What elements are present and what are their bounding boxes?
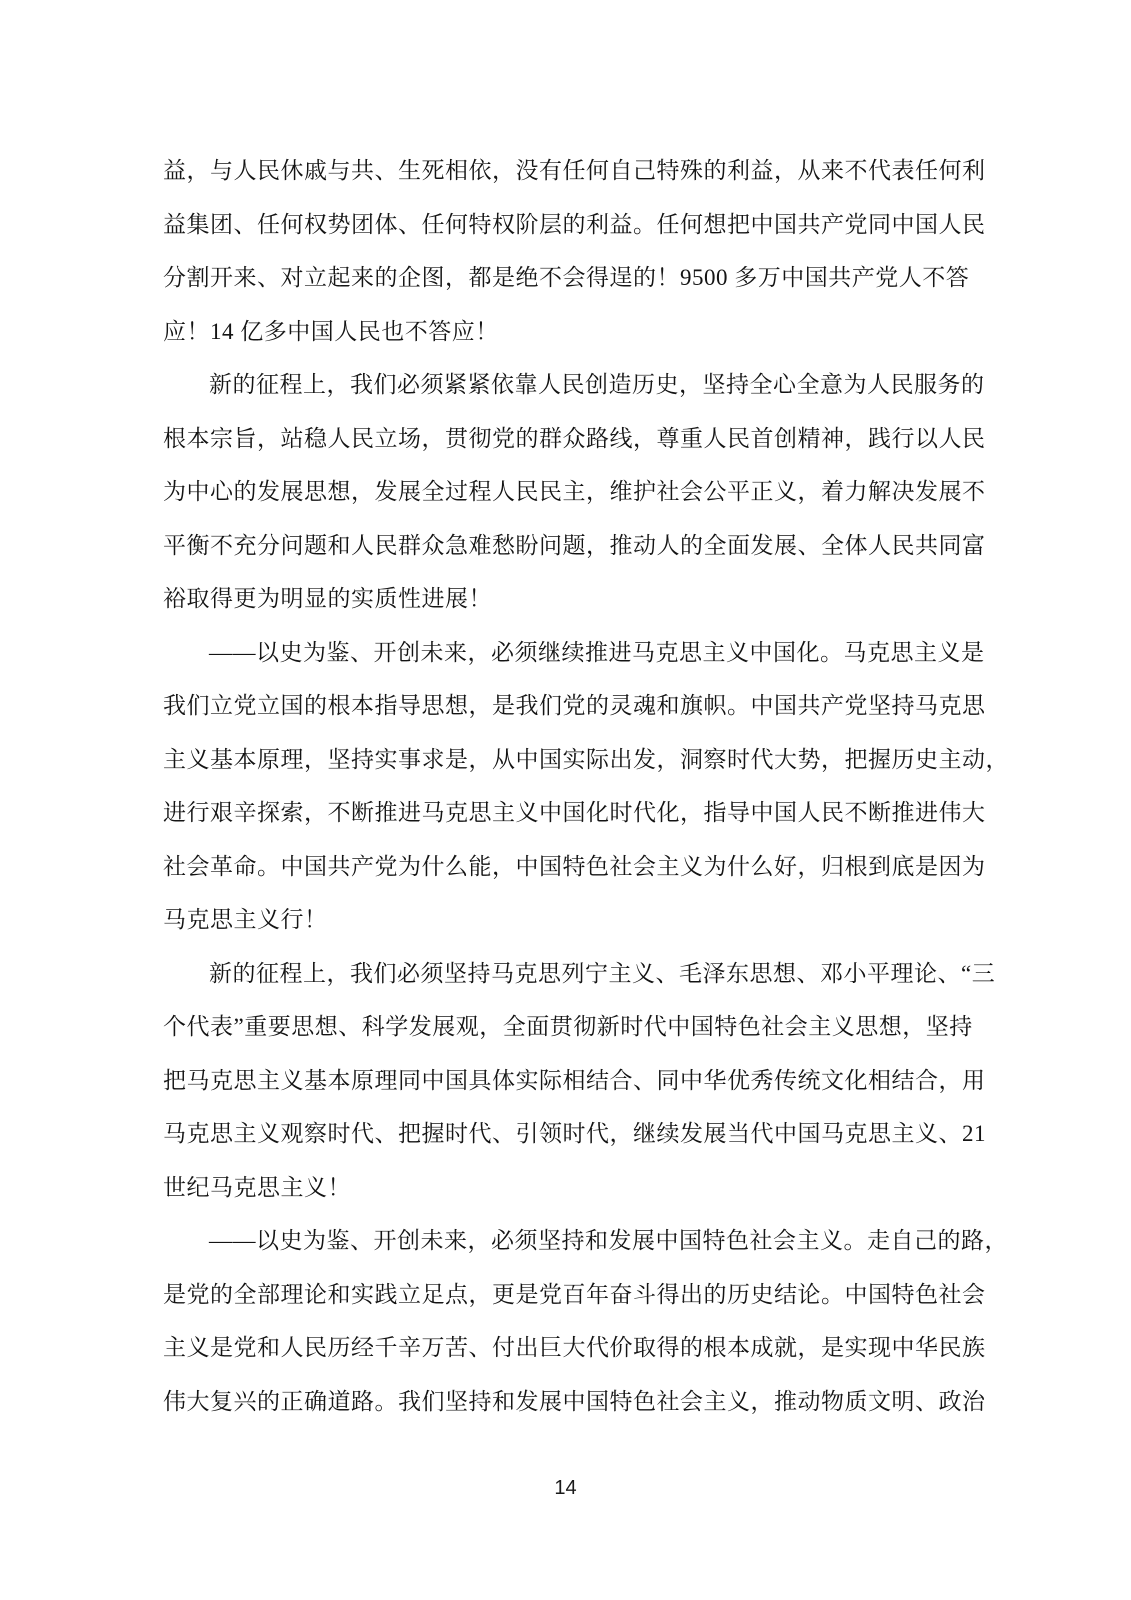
text-line: 新的征程上，我们必须紧紧依靠人民创造历史，坚持全心全意为人民服务的 — [163, 358, 960, 412]
text-line: 应！14 亿多中国人民也不答应！ — [163, 305, 960, 359]
text-line: 分割开来、对立起来的企图，都是绝不会得逞的！9500 多万中国共产党人不答 — [163, 251, 960, 305]
document-body: 益，与人民休戚与共、生死相依，没有任何自己特殊的利益，从来不代表任何利 益集团、… — [163, 144, 960, 1428]
text-line: ——以史为鉴、开创未来，必须坚持和发展中国特色社会主义。走自己的路， — [163, 1214, 960, 1268]
page-number: 14 — [0, 1477, 1131, 1500]
text-line: 根本宗旨，站稳人民立场，贯彻党的群众路线，尊重人民首创精神，践行以人民 — [163, 412, 960, 466]
text-line: 个代表”重要思想、科学发展观，全面贯彻新时代中国特色社会主义思想，坚持 — [163, 1000, 960, 1054]
document-page: 益，与人民休戚与共、生死相依，没有任何自己特殊的利益，从来不代表任何利 益集团、… — [0, 0, 1131, 1600]
text-line: 新的征程上，我们必须坚持马克思列宁主义、毛泽东思想、邓小平理论、“三 — [163, 947, 960, 1001]
text-line: 益集团、任何权势团体、任何特权阶层的利益。任何想把中国共产党同中国人民 — [163, 198, 960, 252]
paragraph-4: 新的征程上，我们必须坚持马克思列宁主义、毛泽东思想、邓小平理论、“三 个代表”重… — [163, 947, 960, 1215]
text-line: 为中心的发展思想，发展全过程人民民主，维护社会公平正义，着力解决发展不 — [163, 465, 960, 519]
text-line: 平衡不充分问题和人民群众急难愁盼问题，推动人的全面发展、全体人民共同富 — [163, 519, 960, 573]
text-line: 进行艰辛探索，不断推进马克思主义中国化时代化，指导中国人民不断推进伟大 — [163, 786, 960, 840]
text-line: 益，与人民休戚与共、生死相依，没有任何自己特殊的利益，从来不代表任何利 — [163, 144, 960, 198]
text-line: 裕取得更为明显的实质性进展！ — [163, 572, 960, 626]
text-line: 主义基本原理，坚持实事求是，从中国实际出发，洞察时代大势，把握历史主动， — [163, 733, 960, 787]
text-line: 世纪马克思主义！ — [163, 1161, 960, 1215]
text-line: 我们立党立国的根本指导思想，是我们党的灵魂和旗帜。中国共产党坚持马克思 — [163, 679, 960, 733]
paragraph-3: ——以史为鉴、开创未来，必须继续推进马克思主义中国化。马克思主义是 我们立党立国… — [163, 626, 960, 947]
text-line: 是党的全部理论和实践立足点，更是党百年奋斗得出的历史结论。中国特色社会 — [163, 1268, 960, 1322]
text-line: 社会革命。中国共产党为什么能，中国特色社会主义为什么好，归根到底是因为 — [163, 840, 960, 894]
text-line: 主义是党和人民历经千辛万苦、付出巨大代价取得的根本成就，是实现中华民族 — [163, 1321, 960, 1375]
paragraph-2: 新的征程上，我们必须紧紧依靠人民创造历史，坚持全心全意为人民服务的 根本宗旨，站… — [163, 358, 960, 626]
paragraph-1: 益，与人民休戚与共、生死相依，没有任何自己特殊的利益，从来不代表任何利 益集团、… — [163, 144, 960, 358]
text-line: 伟大复兴的正确道路。我们坚持和发展中国特色社会主义，推动物质文明、政治 — [163, 1375, 960, 1429]
text-line: 马克思主义行！ — [163, 893, 960, 947]
text-line: 把马克思主义基本原理同中国具体实际相结合、同中华优秀传统文化相结合，用 — [163, 1054, 960, 1108]
paragraph-5: ——以史为鉴、开创未来，必须坚持和发展中国特色社会主义。走自己的路， 是党的全部… — [163, 1214, 960, 1428]
text-line: ——以史为鉴、开创未来，必须继续推进马克思主义中国化。马克思主义是 — [163, 626, 960, 680]
text-line: 马克思主义观察时代、把握时代、引领时代，继续发展当代中国马克思主义、21 — [163, 1107, 960, 1161]
